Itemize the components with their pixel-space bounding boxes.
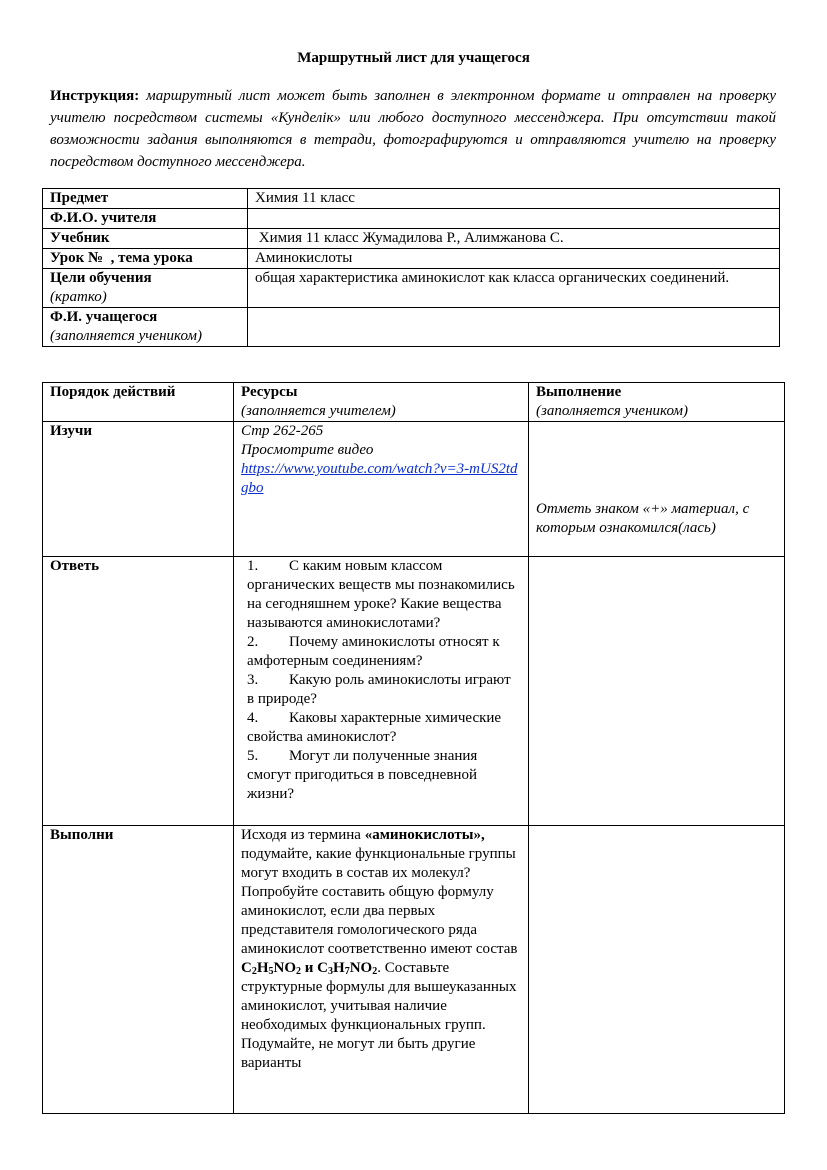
question-number: 3.: [247, 671, 289, 690]
pages-text: Стр 262-265: [241, 422, 521, 441]
question-number: 2.: [247, 633, 289, 652]
value-teacher[interactable]: [248, 209, 780, 229]
info-table: Предмет Химия 11 класс Ф.И.О. учителя Уч…: [42, 188, 780, 347]
question-item: 2.Почему аминокислоты относят к амфотерн…: [247, 633, 521, 671]
label-goals: Цели обучения(кратко): [43, 269, 248, 308]
value-goals[interactable]: общая характеристика аминокислот как кла…: [248, 269, 780, 308]
task-text: Исходя из термина: [241, 827, 365, 843]
header-completion-sub: (заполняется учеником): [536, 402, 777, 421]
table-row: Урок № , тема урока Аминокислоты: [43, 249, 780, 269]
task-text: подумайте, какие функциональные группы м…: [241, 846, 518, 957]
steps-table: Порядок действий Ресурсы(заполняется учи…: [42, 382, 785, 1114]
header-actions: Порядок действий: [43, 383, 234, 422]
question-item: 5.Могут ли полученные знания смогут приг…: [247, 747, 521, 804]
document-title: Маршрутный лист для учащегося: [0, 50, 827, 67]
task-text: . Составьте структурные формулы для выше…: [241, 960, 517, 1071]
video-link[interactable]: https://www.youtube.com/watch?v=3-mUS2td…: [241, 461, 517, 496]
value-textbook[interactable]: Химия 11 класс Жумадилова Р., Алимжанова…: [248, 229, 780, 249]
completion-do[interactable]: [529, 826, 785, 1114]
label-goals-text: Цели обучения: [50, 269, 240, 288]
table-row: Ответь 1.С каким новым классом органичес…: [43, 557, 785, 826]
label-teacher: Ф.И.О. учителя: [43, 209, 248, 229]
question-number: 4.: [247, 709, 289, 728]
question-item: 1.С каким новым классом органических вещ…: [247, 557, 521, 633]
resources-study: Стр 262-265 Просмотрите видео https://ww…: [234, 422, 529, 557]
table-row: Выполни Исходя из термина «аминокислоты»…: [43, 826, 785, 1114]
header-resources-sub: (заполняется учителем): [241, 402, 521, 421]
completion-study[interactable]: Отметь знаком «+» материал, с которым оз…: [529, 422, 785, 557]
instruction-paragraph: Инструкция: маршрутный лист может быть з…: [50, 85, 776, 173]
action-do: Выполни: [43, 826, 234, 1114]
completion-answer[interactable]: [529, 557, 785, 826]
label-textbook: Учебник: [43, 229, 248, 249]
value-lesson[interactable]: Аминокислоты: [248, 249, 780, 269]
resources-do: Исходя из термина «аминокислоты», подума…: [234, 826, 529, 1114]
resources-answer: 1.С каким новым классом органических вещ…: [234, 557, 529, 826]
value-subject[interactable]: Химия 11 класс: [248, 189, 780, 209]
label-student-sub: (заполняется учеником): [50, 327, 240, 346]
header-completion: Выполнение(заполняется учеником): [529, 383, 785, 422]
instruction-label: Инструкция:: [50, 88, 139, 104]
table-header-row: Порядок действий Ресурсы(заполняется учи…: [43, 383, 785, 422]
completion-note: Отметь знаком «+» материал, с которым оз…: [536, 500, 777, 538]
action-study: Изучи: [43, 422, 234, 557]
questions-list: 1.С каким новым классом органических вещ…: [241, 557, 521, 804]
video-label: Просмотрите видео: [241, 441, 521, 460]
question-item: 4.Каковы характерные химические свойства…: [247, 709, 521, 747]
label-student-text: Ф.И. учащегося: [50, 308, 240, 327]
table-row: Учебник Химия 11 класс Жумадилова Р., Ал…: [43, 229, 780, 249]
question-number: 1.: [247, 557, 289, 576]
table-row: Ф.И.О. учителя: [43, 209, 780, 229]
label-lesson: Урок № , тема урока: [43, 249, 248, 269]
table-row: Цели обучения(кратко) общая характеристи…: [43, 269, 780, 308]
label-subject: Предмет: [43, 189, 248, 209]
action-answer: Ответь: [43, 557, 234, 826]
table-row: Предмет Химия 11 класс: [43, 189, 780, 209]
task-term: «аминокислоты»,: [365, 827, 485, 843]
label-goals-sub: (кратко): [50, 288, 240, 307]
table-row: Ф.И. учащегося(заполняется учеником): [43, 308, 780, 347]
header-actions-label: Порядок действий: [50, 383, 226, 402]
instruction-text: маршрутный лист может быть заполнен в эл…: [50, 88, 776, 170]
table-row: Изучи Стр 262-265 Просмотрите видео http…: [43, 422, 785, 557]
header-resources: Ресурсы(заполняется учителем): [234, 383, 529, 422]
header-completion-label: Выполнение: [536, 383, 777, 402]
header-resources-label: Ресурсы: [241, 383, 521, 402]
question-item: 3.Какую роль аминокислоты играют в приро…: [247, 671, 521, 709]
question-number: 5.: [247, 747, 289, 766]
label-student: Ф.И. учащегося(заполняется учеником): [43, 308, 248, 347]
formula-1: C2H5NO2 и C3H7NO2: [241, 960, 377, 976]
value-student[interactable]: [248, 308, 780, 347]
